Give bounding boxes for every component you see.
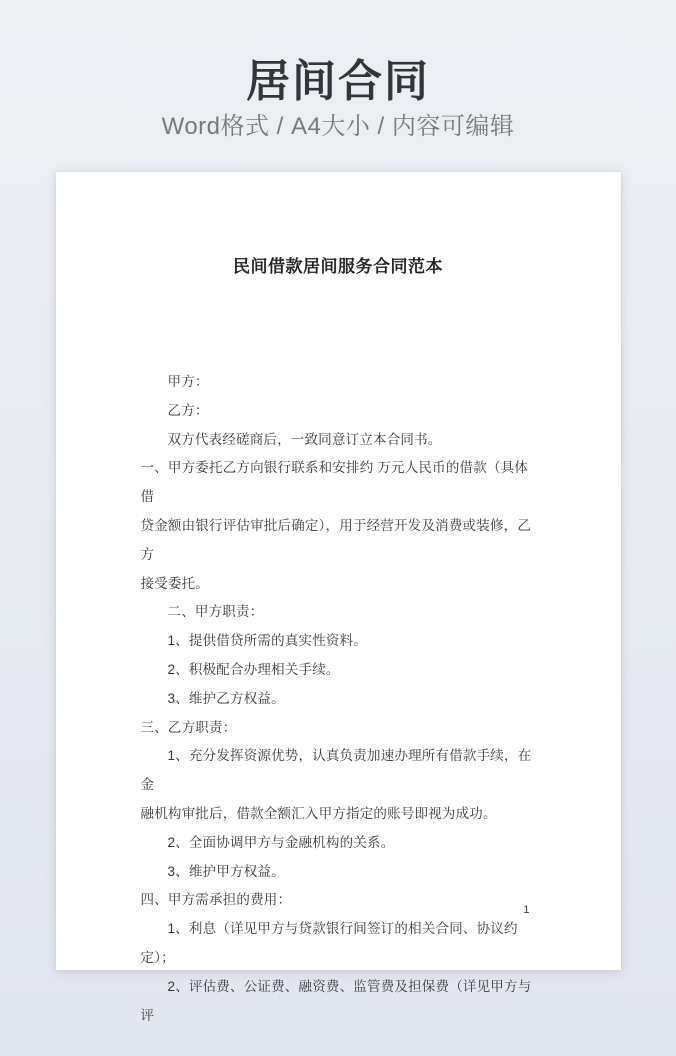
page-number: 1 <box>523 904 529 916</box>
document-line: 3、维护甲方权益。 <box>141 858 536 887</box>
header: 居间合同 Word格式 / A4大小 / 内容可编辑 <box>0 0 676 141</box>
document-line: 2、全面协调甲方与金融机构的关系。 <box>141 829 536 858</box>
document-line: 二、甲方职责： <box>141 598 536 627</box>
page-footer: 1 <box>141 900 536 918</box>
document-line: 双方代表经磋商后，一致同意订立本合同书。 <box>141 426 536 455</box>
document-line: 融机构审批后，借款全额汇入甲方指定的账号即视为成功。 <box>141 800 536 829</box>
document-line: 甲方： <box>141 368 536 397</box>
document-page: 民间借款居间服务合同范本 甲方：乙方：双方代表经磋商后，一致同意订立本合同书。一… <box>56 172 621 970</box>
document-line: 2、积极配合办理相关手续。 <box>141 656 536 685</box>
document-line: 1、提供借贷所需的真实性资料。 <box>141 627 536 656</box>
page-subtitle: Word格式 / A4大小 / 内容可编辑 <box>0 113 676 141</box>
document-line: 1、利息（详见甲方与贷款银行间签订的相关合同、协议约定）； <box>141 915 536 973</box>
document-body: 甲方：乙方：双方代表经磋商后，一致同意订立本合同书。一、甲方委托乙方向银行联系和… <box>141 368 536 1030</box>
document-title: 民间借款居间服务合同范本 <box>141 258 536 276</box>
document-line: 三、乙方职责： <box>141 714 536 743</box>
document-line: 2、评估费、公证费、融资费、监管费及担保费（详见甲方与评 <box>141 973 536 1031</box>
page-title: 居间合同 <box>0 56 676 108</box>
document-line: 1、充分发挥资源优势，认真负责加速办理所有借款手续，在金 <box>141 742 536 800</box>
document-line: 一、甲方委托乙方向银行联系和安排约 万元人民币的借款（具体借 <box>141 454 536 512</box>
document-line: 贷金额由银行评估审批后确定），用于经营开发及消费或装修，乙方 <box>141 512 536 570</box>
document-line: 接受委托。 <box>141 570 536 599</box>
document-line: 3、维护乙方权益。 <box>141 685 536 714</box>
document-line: 乙方： <box>141 397 536 426</box>
page-background: 居间合同 Word格式 / A4大小 / 内容可编辑 民间借款居间服务合同范本 … <box>0 0 676 1056</box>
